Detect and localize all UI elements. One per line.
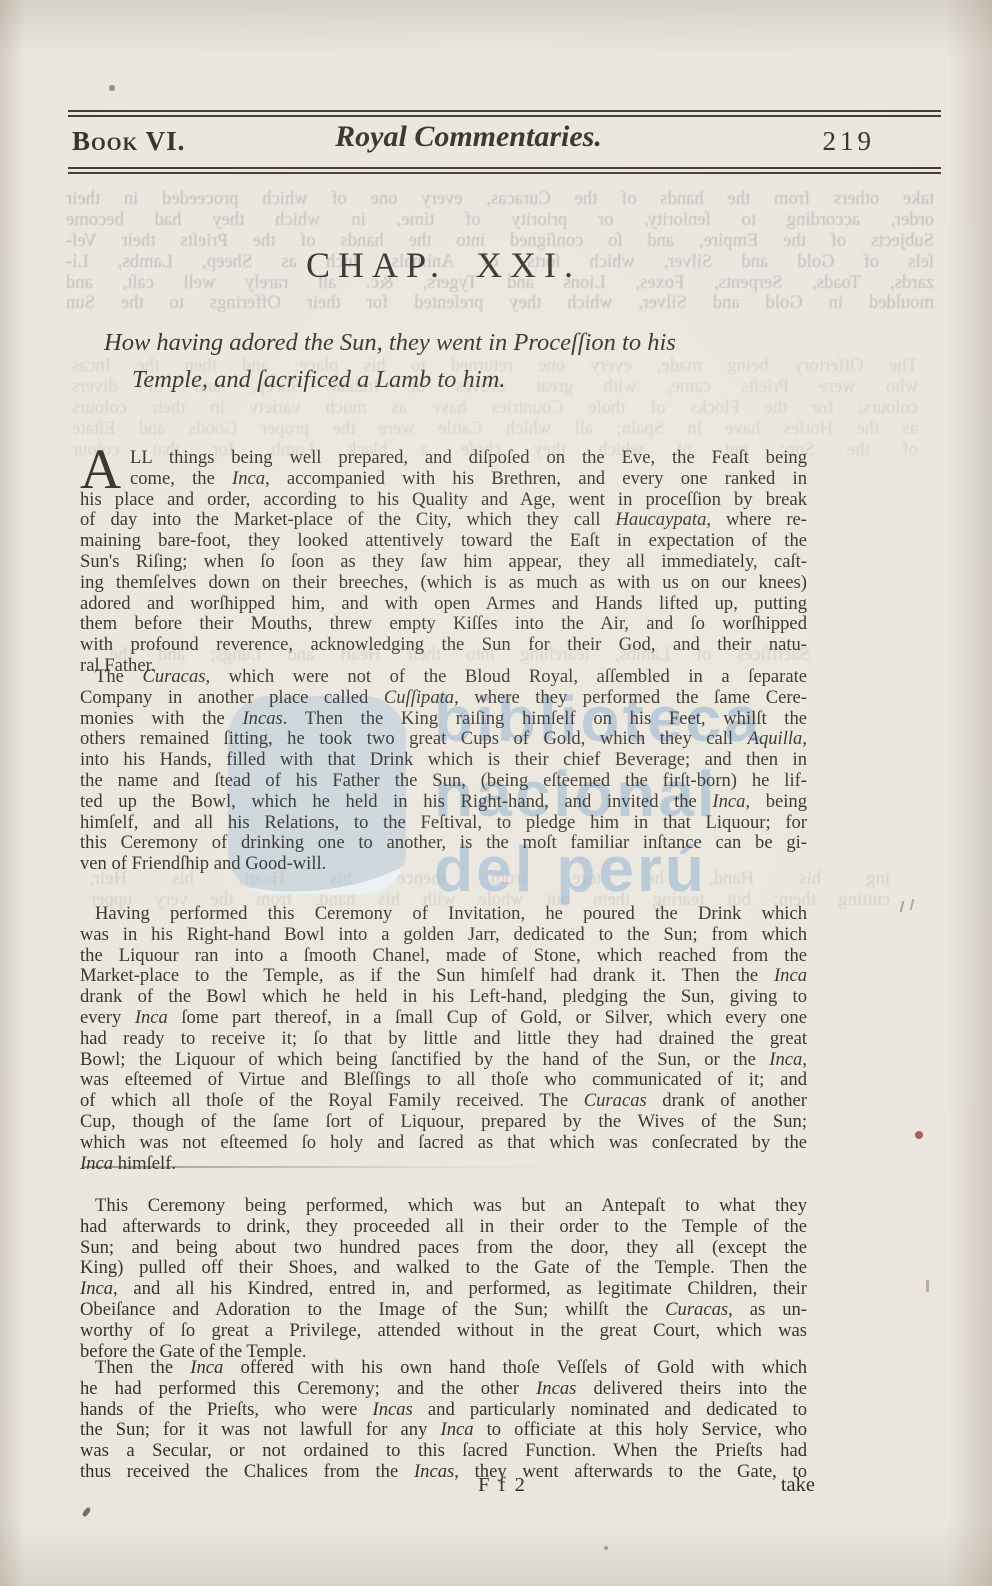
text-line: the name and ſtead of his Father the Sun… (80, 771, 807, 792)
text-line: his place and order, according to his Qu… (80, 490, 807, 511)
text-line: was a Secular, or not ordained to this ſ… (80, 1441, 807, 1462)
text-line: into his Hands, filled with that Drink w… (80, 750, 807, 771)
text-line: LL things being well prepared, and diſpo… (80, 448, 807, 469)
text-line: ven of Friendſhip and Good-will. (80, 854, 807, 875)
text-line: himſelf, and all his Relations, to the F… (80, 813, 807, 834)
text-line: had afterwards to drink, they proceeded … (80, 1217, 807, 1238)
text-line: Inca, and all his Kindred, entred in, an… (80, 1279, 807, 1300)
text-line: hands of the Prieſts, who were Incas and… (80, 1400, 807, 1421)
text-line: of which all thoſe of the Royal Family r… (80, 1091, 807, 1112)
text-line: Company in another place called Cuſſipat… (80, 688, 807, 709)
text-line: The Curacas, which were not of the Bloud… (80, 667, 807, 688)
text-line: Market-place to the Temple, as if the Su… (80, 966, 807, 987)
text-line: ted up the Bowl, which he held in his Ri… (80, 792, 807, 813)
paragraph: ALL things being well prepared, and diſp… (80, 448, 807, 677)
text-line: Sun's Riſing; when ſo ſoon as they ſaw h… (80, 552, 807, 573)
text-line: of day into the Market-place of the City… (80, 510, 807, 531)
text-line: This Ceremony being performed, which was… (80, 1196, 807, 1217)
paper-speck (915, 1131, 923, 1139)
text-line: the Liquour ran into a ſmooth Chanel, ma… (80, 946, 807, 967)
text-line: maining bare-foot, they looked attentive… (80, 531, 807, 552)
text-line: drank of the Bowl which he held in his L… (80, 987, 807, 1008)
text-line: this Ceremony of drinking one to another… (80, 833, 807, 854)
text-line: Then the Inca offered with his own hand … (80, 1358, 807, 1379)
text-line: come, the Inca, accompanied with his Bre… (80, 469, 807, 490)
page-footer: F f 2 take (80, 1474, 807, 1497)
text-line: had ready to receive it; ſo that by litt… (80, 1029, 807, 1050)
text-line: worthy of ſo great a Privilege, attended… (80, 1321, 807, 1342)
text-line: was in his Right-hand Bowl into a golden… (80, 925, 807, 946)
text-line: adored and worſhipped him, and with open… (80, 594, 807, 615)
body-text: ALL things being well prepared, and diſp… (0, 0, 992, 1586)
text-line: King) pulled off their Shoes, and walked… (80, 1258, 807, 1279)
text-line: every Inca ſome part thereof, in a ſmall… (80, 1008, 807, 1029)
paragraph: Then the Inca offered with his own hand … (80, 1358, 807, 1483)
text-line: was eſteemed of Virtue and Bleſſings to … (80, 1070, 807, 1091)
signature-mark: F f 2 (80, 1474, 807, 1497)
text-line: the Sun; for it was not lawfull for any … (80, 1420, 807, 1441)
text-line: with profound reverence, acknowledging t… (80, 635, 807, 656)
paragraph: This Ceremony being performed, which was… (80, 1196, 807, 1362)
paragraph: The Curacas, which were not of the Bloud… (80, 667, 807, 875)
text-line: ing themſelves down on their breeches, (… (80, 573, 807, 594)
paper-speck (604, 1546, 608, 1550)
text-line: Cup, though of the ſame ſort of Liquour,… (80, 1112, 807, 1133)
text-line: others remained ſitting, he took two gre… (80, 729, 807, 750)
book-page-scan: take others from the hands of the Curaca… (0, 0, 992, 1586)
text-line: Bowl; the Liquour of which being ſanctif… (80, 1050, 807, 1071)
paragraph: Having performed this Ceremony of Invita… (80, 904, 807, 1174)
catchword: take (781, 1474, 815, 1497)
drop-cap: A (80, 441, 121, 498)
text-line: monies with the Incas. Then the King rai… (80, 709, 807, 730)
text-line: Having performed this Ceremony of Invita… (80, 904, 807, 925)
text-line: which was not eſteemed ſo holy and ſacre… (80, 1133, 807, 1154)
text-line: Obeiſance and Adoration to the Image of … (80, 1300, 807, 1321)
text-line: Inca himſelf. (80, 1154, 807, 1175)
text-line: he had performed this Ceremony; and the … (80, 1379, 807, 1400)
paper-speck (109, 85, 115, 91)
text-line: them before their Mouths, threw empty Ki… (80, 614, 807, 635)
text-line: Sun; and being about two hundred paces f… (80, 1238, 807, 1259)
margin-mark (926, 1280, 929, 1292)
